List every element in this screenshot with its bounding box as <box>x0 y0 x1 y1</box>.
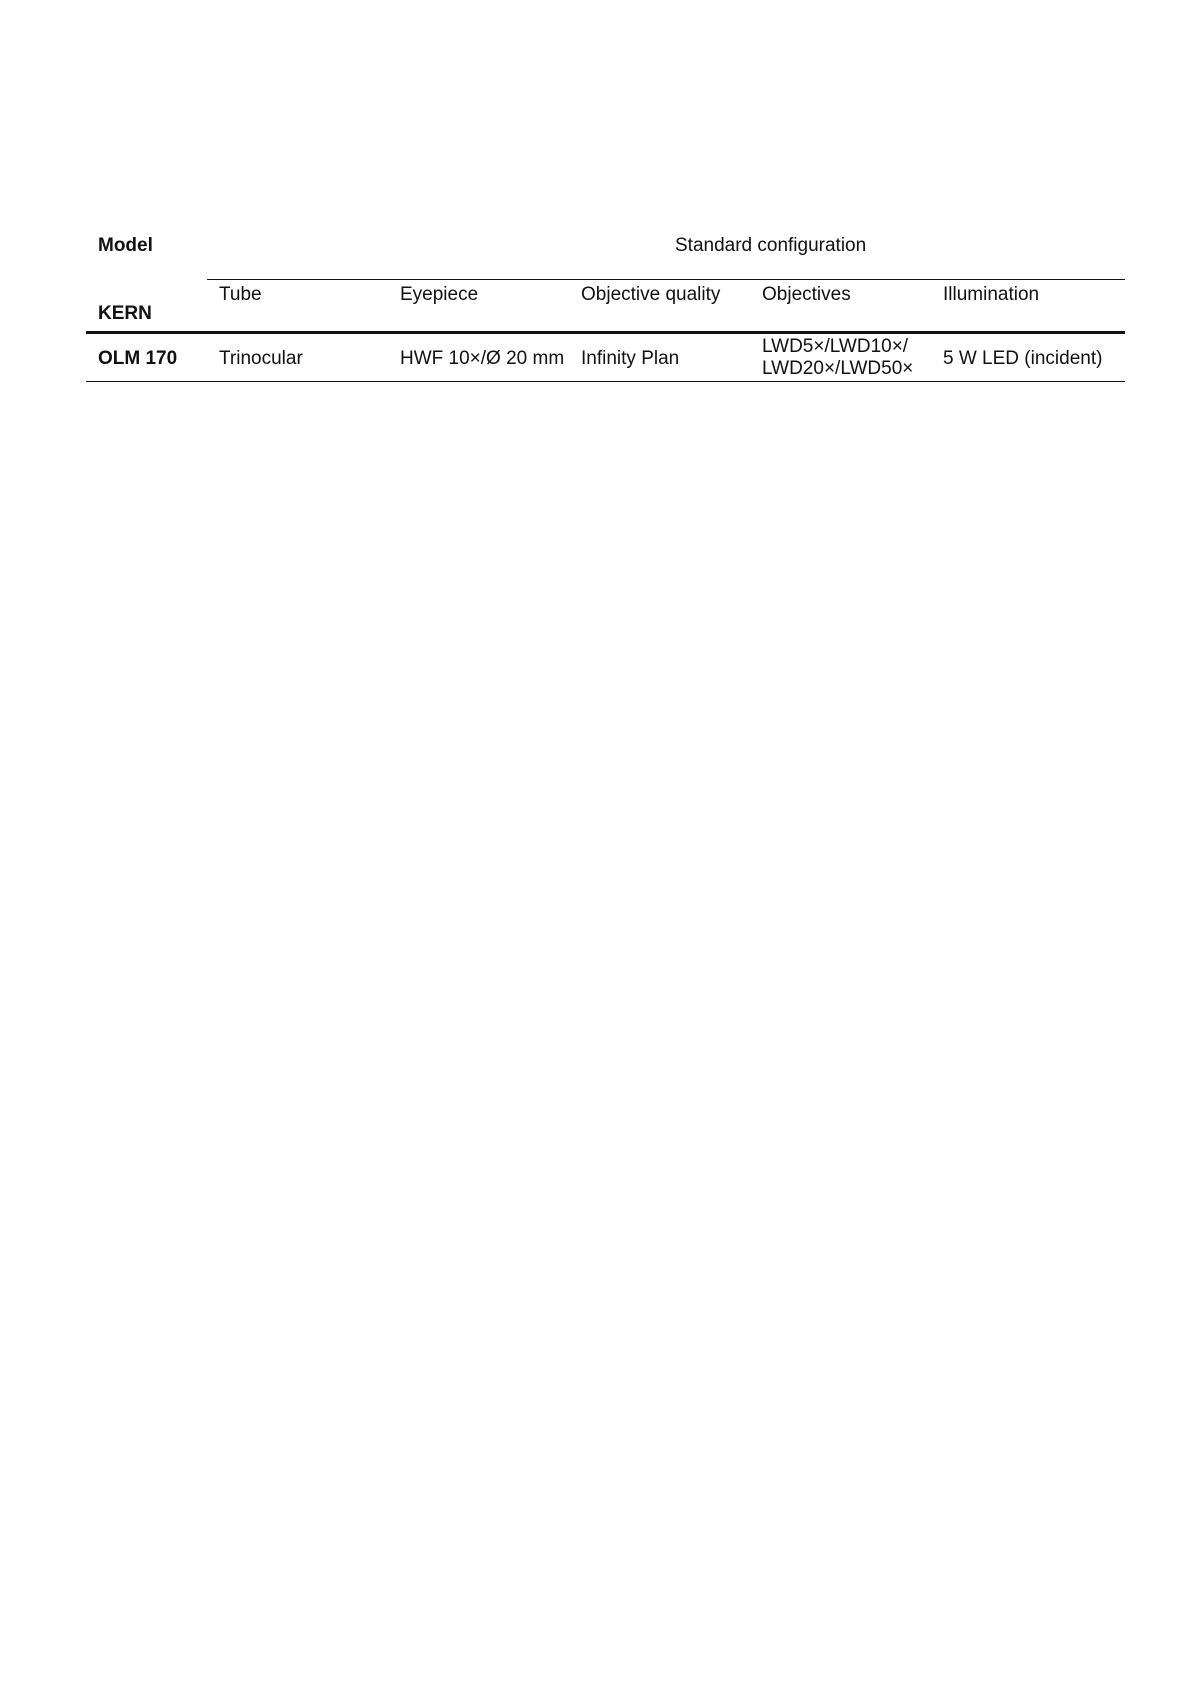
header-rule <box>86 331 1125 334</box>
cell-objectives-line2: LWD20×/LWD50× <box>762 358 913 380</box>
cell-illumination: 5 W LED (incident) <box>943 348 1102 370</box>
column-header-tube: Tube <box>219 284 262 306</box>
cell-objective-quality: Infinity Plan <box>581 348 679 370</box>
column-header-objective-quality: Objective quality <box>581 284 720 306</box>
column-header-eyepiece: Eyepiece <box>400 284 478 306</box>
group-header: Standard configuration <box>675 235 866 257</box>
document-page: Model Standard configuration KERN Tube E… <box>0 0 1192 1685</box>
table-bottom-rule <box>86 381 1125 382</box>
cell-model: OLM 170 <box>98 348 177 370</box>
column-header-illumination: Illumination <box>943 284 1039 306</box>
header-divider <box>207 279 1125 280</box>
cell-tube: Trinocular <box>219 348 303 370</box>
column-header-objectives: Objectives <box>762 284 851 306</box>
brand-header: KERN <box>98 303 152 325</box>
cell-eyepiece: HWF 10×/Ø 20 mm <box>400 348 564 370</box>
cell-objectives-line1: LWD5×/LWD10×/ <box>762 336 908 358</box>
model-header: Model <box>98 235 153 257</box>
